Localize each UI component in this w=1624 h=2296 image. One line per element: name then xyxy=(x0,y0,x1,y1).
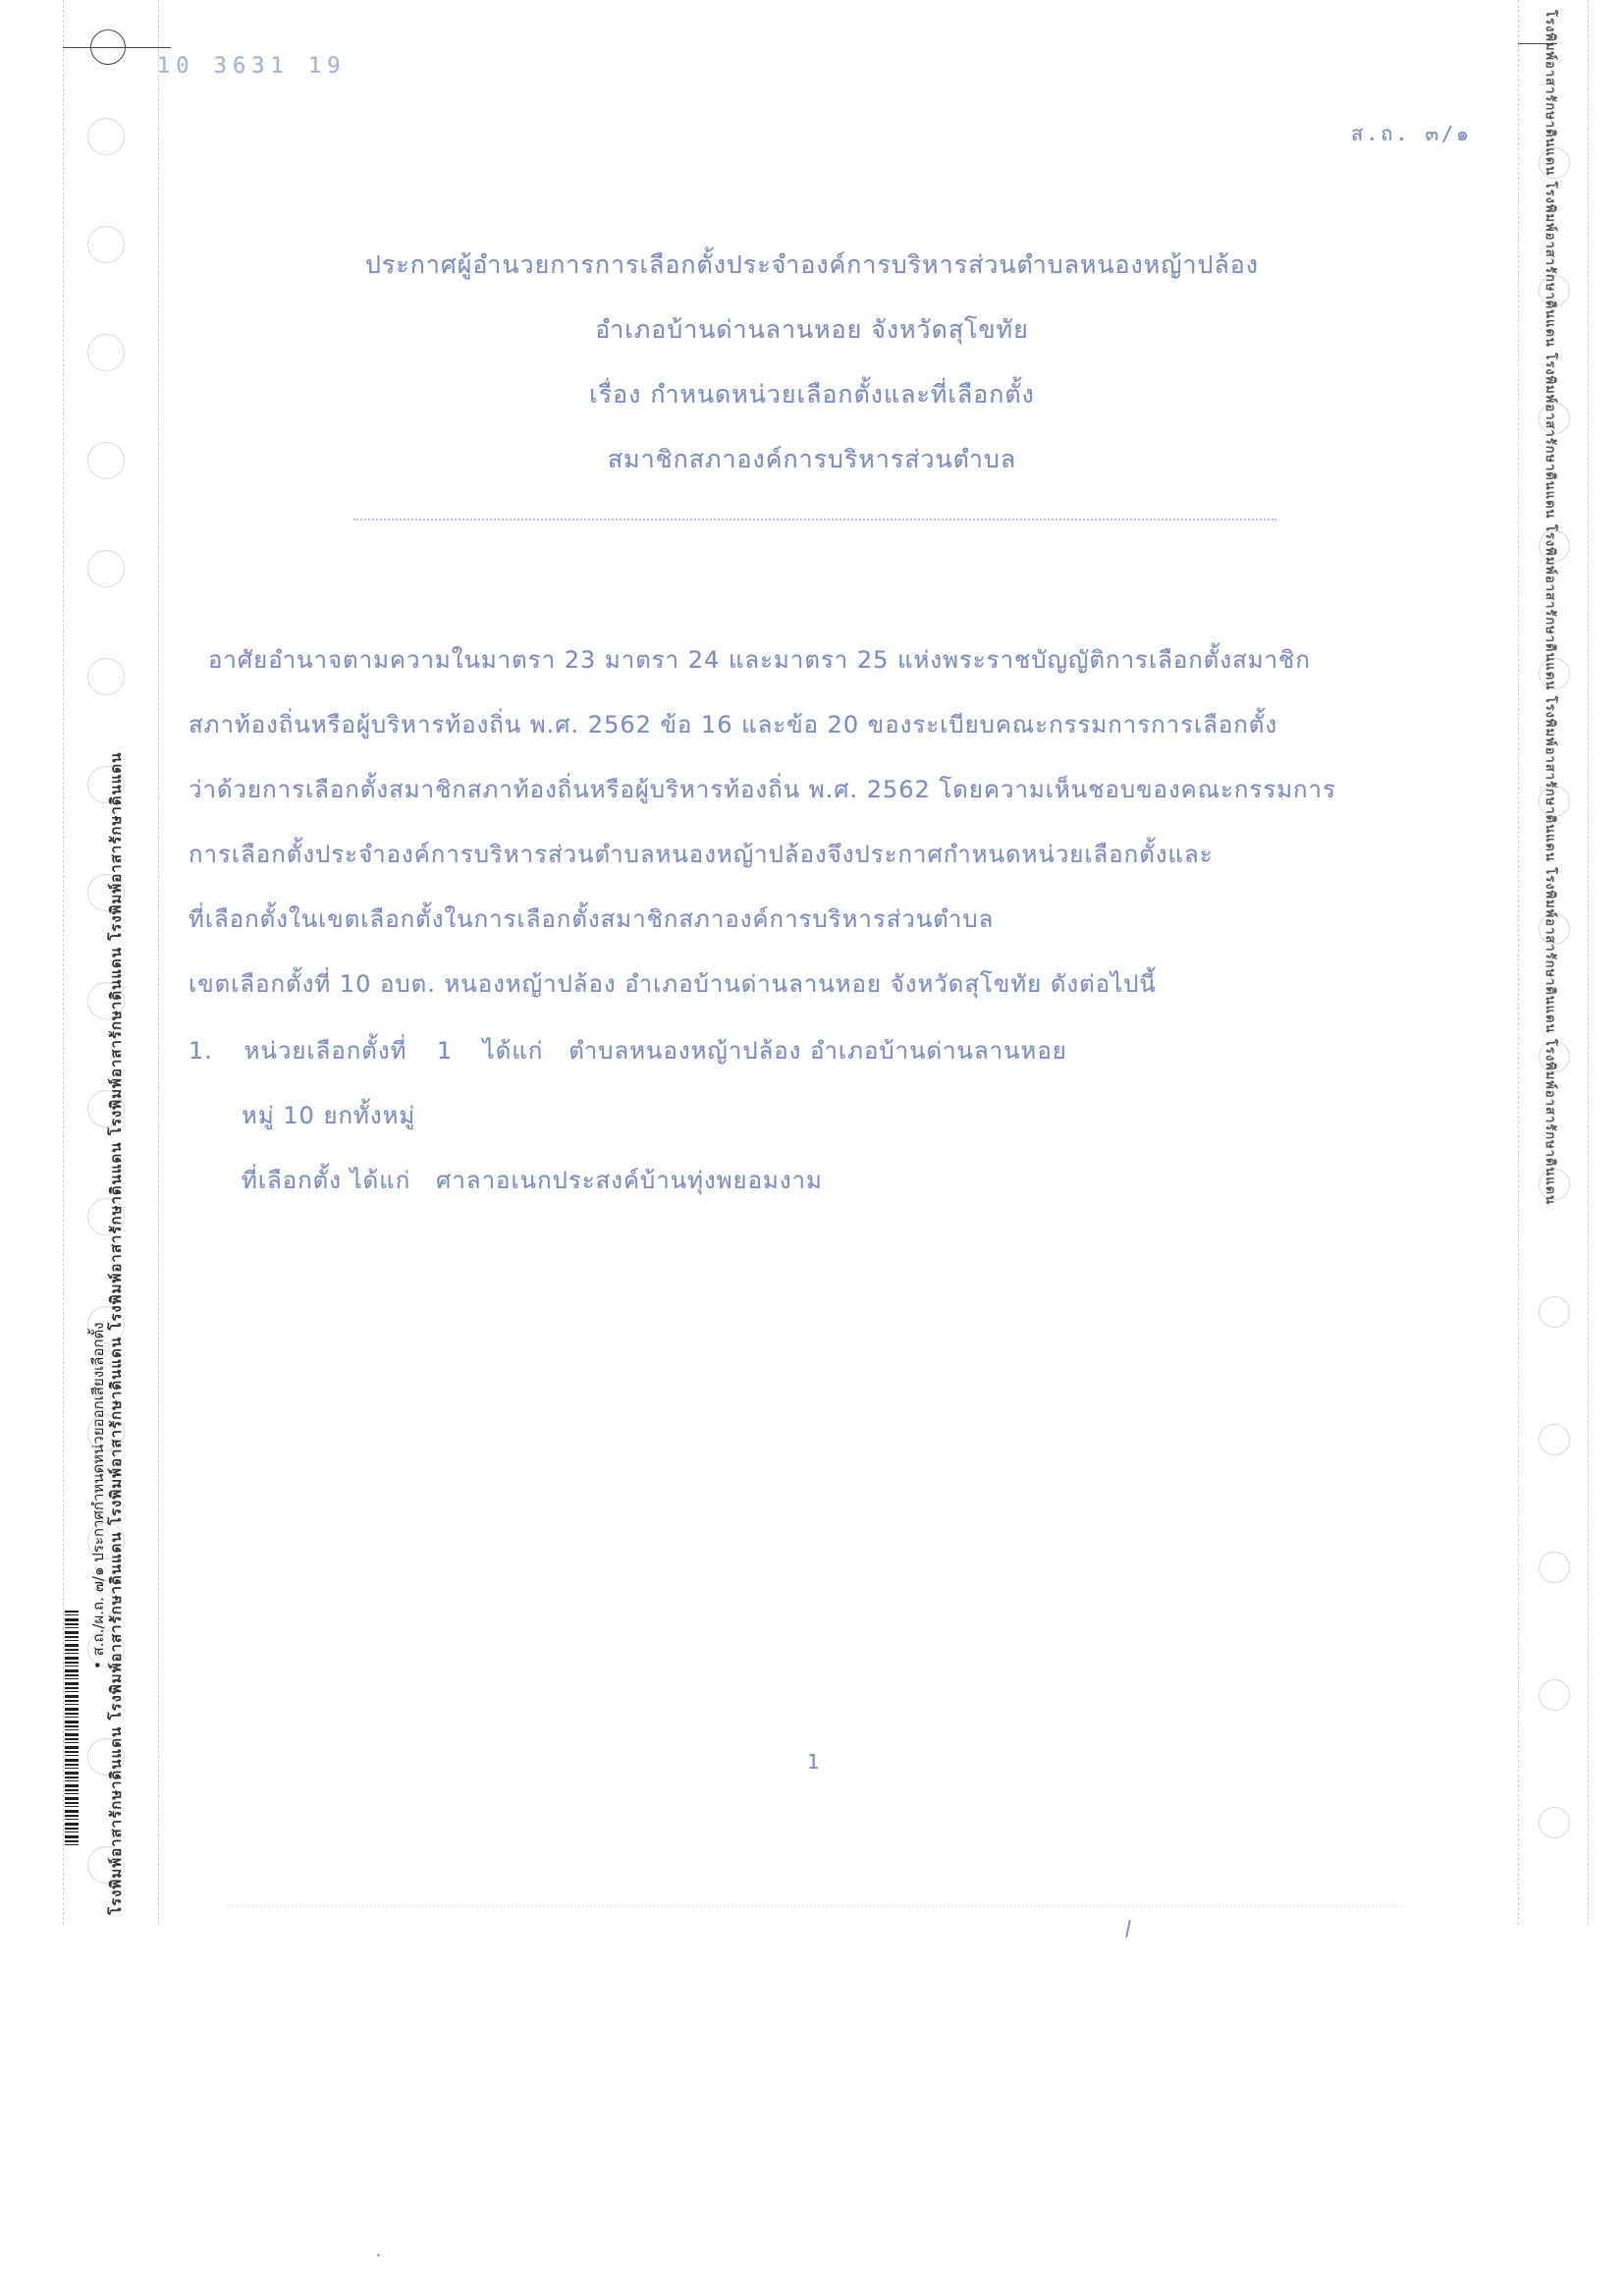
unit-area: ตำบลหนองหญ้าปล้อง อำเภอบ้านด่านลานหอย xyxy=(568,1037,1067,1065)
feed-hole xyxy=(87,658,125,695)
feed-hole xyxy=(1539,1552,1570,1583)
form-reference: ส.ถ. ๓/๑ xyxy=(1351,118,1472,149)
feed-hole xyxy=(87,550,125,587)
scan-speck xyxy=(377,2254,380,2257)
form-serial-code: 10 3631 19 xyxy=(157,54,346,79)
district-province-line: อำเภอบ้านด่านลานหอย จังหวัดสุโขทัย xyxy=(0,310,1624,350)
unit-label: หน่วยเลือกตั้งที่ xyxy=(244,1037,407,1065)
polling-unit-item: 1. หน่วยเลือกตั้งที่ 1 ได้แก่ ตำบลหนองหญ… xyxy=(189,1031,1067,1069)
unit-polling-place: ที่เลือกตั้ง ได้แก่ ศาลาอเนกประสงค์บ้านท… xyxy=(242,1161,823,1199)
faint-footer-line xyxy=(226,1905,1404,1907)
constituency-line: เขตเลือกตั้งที่ 10 อบต. หนองหญ้าปล้อง อำ… xyxy=(189,964,1157,1003)
heading-divider xyxy=(353,519,1276,520)
body-line: สภาท้องถิ่นหรือผู้บริหารท้องถิ่น พ.ศ. 25… xyxy=(189,705,1277,743)
unit-village: หมู่ 10 ยกทั้งหมู่ xyxy=(242,1096,415,1134)
announcement-title: ประกาศผู้อำนวยการการเลือกตั้งประจำองค์กา… xyxy=(0,246,1624,285)
body-line: อาศัยอำนาจตามความในมาตรา 23 มาตรา 24 และ… xyxy=(208,640,1311,679)
feed-hole xyxy=(1539,1679,1570,1711)
feed-hole xyxy=(1539,1807,1570,1838)
unit-area-label: ได้แก่ xyxy=(483,1037,544,1065)
feed-hole xyxy=(87,118,125,155)
unit-item-number: 1. xyxy=(189,1037,236,1065)
subject-line-cont: สมาชิกสภาองค์การบริหารส่วนตำบล xyxy=(0,440,1624,479)
right-margin-printer-text: โรงพิมพ์อาสารักษาดินแดน โรงพิมพ์อาสารักษ… xyxy=(1541,10,1561,1205)
subject-line: เรื่อง กำหนดหน่วยเลือกตั้งและที่เลือกตั้… xyxy=(0,375,1624,414)
feed-hole xyxy=(1539,1424,1570,1455)
feed-hole xyxy=(1539,1296,1570,1328)
body-line: ที่เลือกตั้งในเขตเลือกตั้งในการเลือกตั้ง… xyxy=(189,900,994,938)
reg-line xyxy=(1518,43,1557,44)
body-line: ว่าด้วยการเลือกตั้งสมาชิกสภาท้องถิ่นหรือ… xyxy=(189,770,1336,808)
body-line: การเลือกตั้งประจำองค์การบริหารส่วนตำบลหน… xyxy=(189,835,1214,873)
pen-mark xyxy=(1125,1920,1131,1938)
polling-place-name: ศาลาอเนกประสงค์บ้านทุ่งพยอมงาม xyxy=(436,1167,823,1194)
reg-circle xyxy=(90,29,126,65)
unit-number: 1 xyxy=(415,1037,474,1065)
barcode xyxy=(65,1611,79,1846)
polling-place-label: ที่เลือกตั้ง ได้แก่ xyxy=(242,1167,410,1194)
left-margin-form-caption: • ส.ถ./ผ.ถ. ๗/๑ ประกาศกำหนดหน่วยออกเสียง… xyxy=(86,1322,110,1669)
page-number: 1 xyxy=(807,1750,820,1774)
